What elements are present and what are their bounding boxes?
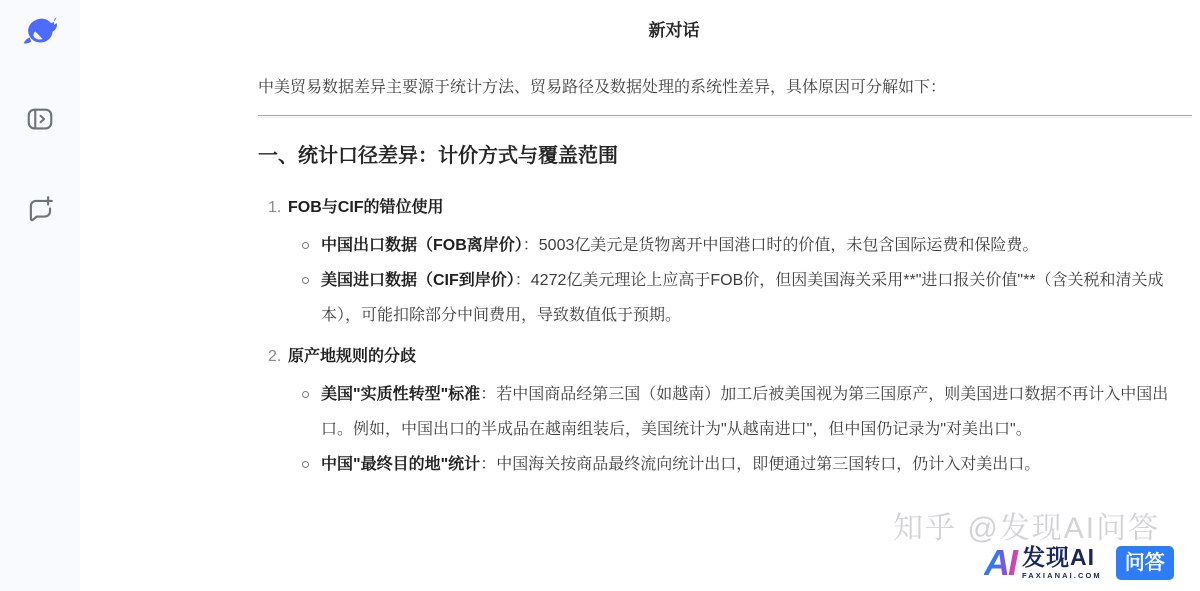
list-item-title: FOB与CIF的错位使用 [288, 198, 444, 218]
list-item-title: 原产地规则的分歧 [288, 347, 416, 367]
intro-paragraph: 中美贸易数据差异主要源于统计方法、贸易路径及数据处理的系统性差异，具体原因可分解… [258, 76, 1192, 100]
deepseek-logo[interactable] [19, 11, 61, 53]
bullet-bold: 中国"最终目的地"统计 [321, 456, 480, 473]
new-chat-icon [25, 212, 55, 227]
list-item-number: 2. [268, 347, 288, 367]
bullet-marker-icon [302, 242, 309, 249]
bullet-list: 中国出口数据（FOB离岸价）：5003亿美元是货物离开中国港口时的价值，未包含国… [258, 228, 1192, 333]
bullet-text: 中国"最终目的地"统计：中国海关按商品最终流向统计出口，即便通过第三国转口，仍计… [321, 447, 1040, 482]
new-chat-button[interactable] [25, 194, 55, 224]
faxianai-brand: 发现AI FAXIANAI.COM [1022, 546, 1102, 580]
ordered-list: 1. FOB与CIF的错位使用 中国出口数据（FOB离岸价）：5003亿美元是货… [258, 190, 1192, 482]
section-divider [258, 115, 1192, 118]
bullet-list: 美国"实质性转型"标准：若中国商品经第三国（如越南）加工后被美国视为第三国原产，… [258, 377, 1192, 482]
bullet-text: 美国"实质性转型"标准：若中国商品经第三国（如越南）加工后被美国视为第三国原产，… [321, 377, 1192, 447]
bullet-marker-icon [302, 461, 309, 468]
sidebar-toggle-button[interactable] [25, 104, 55, 134]
list-item: 2. 原产地规则的分歧 [258, 347, 1192, 367]
bullet-item: 美国"实质性转型"标准：若中国商品经第三国（如越南）加工后被美国视为第三国原产，… [258, 377, 1192, 447]
list-item: 1. FOB与CIF的错位使用 [258, 198, 1192, 218]
deepseek-whale-icon [19, 40, 61, 57]
bullet-bold: 美国"实质性转型"标准 [321, 386, 480, 403]
faxianai-logo-icon: AI [984, 543, 1022, 583]
faxianai-watermark: AI 发现AI FAXIANAI.COM 问答 [984, 543, 1174, 583]
bullet-item: 中国出口数据（FOB离岸价）：5003亿美元是货物离开中国港口时的价值，未包含国… [258, 228, 1192, 263]
bullet-item: 美国进口数据（CIF到岸价）：4272亿美元理论上应高于FOB价，但因美国海关采… [258, 263, 1192, 333]
panel-toggle-icon [25, 122, 55, 137]
chat-title: 新对话 [114, 20, 1200, 42]
brand-name: 发现AI [1022, 546, 1102, 569]
bullet-text: 美国进口数据（CIF到岸价）：4272亿美元理论上应高于FOB价，但因美国海关采… [321, 263, 1192, 333]
bullet-bold: 中国出口数据（FOB离岸价） [321, 237, 523, 254]
bullet-marker-icon [302, 391, 309, 398]
sidebar [0, 0, 80, 591]
section-heading: 一、统计口径差异：计价方式与覆盖范围 [258, 143, 618, 169]
bullet-marker-icon [302, 277, 309, 284]
bullet-body: ：中国海关按商品最终流向统计出口，即便通过第三国转口，仍计入对美出口。 [480, 456, 1040, 473]
bullet-text: 中国出口数据（FOB离岸价）：5003亿美元是货物离开中国港口时的价值，未包含国… [321, 228, 1038, 263]
qa-badge: 问答 [1116, 546, 1174, 580]
list-item-number: 1. [268, 198, 288, 218]
bullet-item: 中国"最终目的地"统计：中国海关按商品最终流向统计出口，即便通过第三国转口，仍计… [258, 447, 1192, 482]
chat-main: 新对话 中美贸易数据差异主要源于统计方法、贸易路径及数据处理的系统性差异，具体原… [80, 0, 1200, 591]
bullet-bold: 美国进口数据（CIF到岸价） [321, 272, 515, 289]
brand-domain: FAXIANAI.COM [1022, 572, 1102, 580]
bullet-body: ：5003亿美元是货物离开中国港口时的价值，未包含国际运费和保险费。 [523, 237, 1039, 254]
